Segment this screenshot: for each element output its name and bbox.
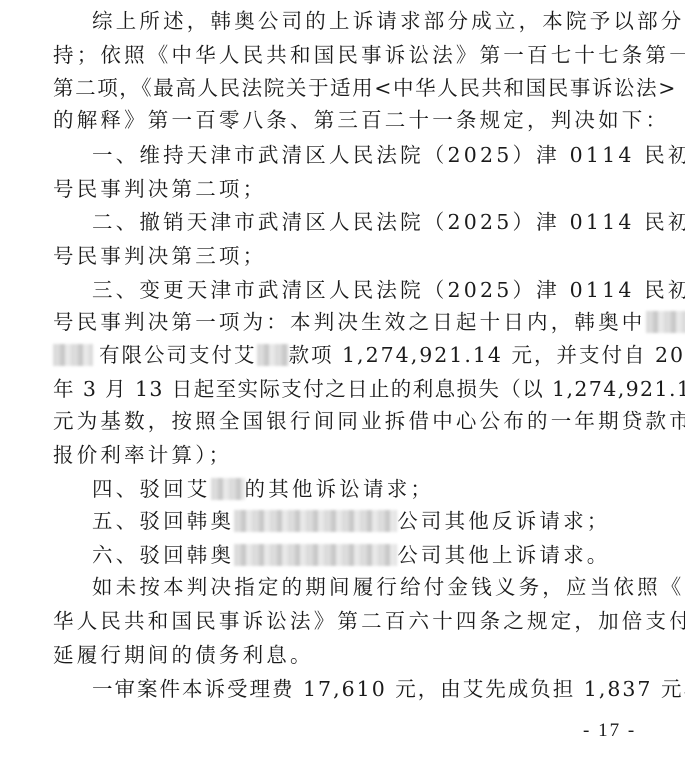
paragraph-late-payment-line-3: 延履行期间的债务利息。	[53, 641, 645, 669]
redacted-company-name	[646, 311, 685, 333]
ruling-item-1-line-1: 一、维持天津市武清区人民法院（2025）津 0114 民初 7	[92, 141, 645, 169]
ruling-item-5: 五、驳回韩奥公司其他反诉请求；	[92, 507, 645, 535]
ruling-item-6: 六、驳回韩奥公司其他上诉请求。	[92, 541, 645, 569]
redacted-company-name	[234, 510, 397, 532]
ruling-item-3-text-3a: 有限公司支付艾	[99, 343, 257, 367]
document-page: 综上所述，韩奥公司的上诉请求部分成立，本院予以部分支 持；依照《中华人民共和国民…	[0, 0, 685, 764]
ruling-item-3-text-2: 号民事判决第一项为：本判决生效之日起十日内，韩奥中	[53, 310, 646, 334]
redacted-company-name	[53, 344, 93, 366]
paragraph-conclusion-line-3: 第二项，《最高人民法院关于适用<中华人民共和国民事诉讼法>	[53, 74, 645, 102]
ruling-item-3-text-3b: 款项 1,274,921.14 元，并支付自 2025	[289, 343, 685, 367]
redacted-person-name	[211, 478, 245, 500]
ruling-item-3-line-5: 元为基数，按照全国银行间同业拆借中心公布的一年期贷款市场	[53, 407, 645, 435]
ruling-item-6-text-b: 公司其他上诉请求。	[397, 543, 610, 567]
paragraph-court-fees-line-1: 一审案件本诉受理费 17,610 元，由艾先成负担 1,837 元、	[92, 675, 645, 703]
ruling-item-3-line-4: 年 3 月 13 日起至实际支付之日止的利息损失（以 1,274,921.14	[53, 375, 645, 403]
ruling-item-1-text: 一、维持天津市武清区人民法院（2025）津 0114 民初 7	[92, 143, 685, 167]
ruling-item-4: 四、驳回艾的其他诉讼请求；	[92, 475, 645, 503]
ruling-item-3-line-2: 号民事判决第一项为：本判决生效之日起十日内，韩奥中	[53, 308, 645, 336]
ruling-item-6-text-a: 六、驳回韩奥	[92, 543, 234, 567]
ruling-item-2-line-1: 二、撤销天津市武清区人民法院（2025）津 0114 民初 7	[92, 208, 645, 236]
ruling-item-5-text-a: 五、驳回韩奥	[92, 509, 234, 533]
ruling-item-4-text-b: 的其他诉讼请求；	[245, 477, 435, 501]
ruling-item-2-line-2: 号民事判决第三项；	[53, 242, 645, 270]
redacted-company-name	[234, 544, 397, 566]
ruling-item-1-line-2: 号民事判决第二项；	[53, 175, 645, 203]
ruling-item-3-line-1: 三、变更天津市武清区人民法院（2025）津 0114 民初 7	[92, 276, 645, 304]
paragraph-late-payment-line-2: 华人民共和国民事诉讼法》第二百六十四条之规定，加倍支付迟	[53, 607, 645, 635]
page-number: - 17 -	[583, 719, 636, 743]
ruling-item-5-text-b: 公司其他反诉请求；	[397, 509, 610, 533]
redacted-person-name	[257, 344, 289, 366]
ruling-item-3-text: 三、变更天津市武清区人民法院（2025）津 0114 民初 7	[92, 278, 685, 302]
ruling-item-3-line-6: 报价利率计算）；	[53, 441, 645, 469]
ruling-item-2-text: 二、撤销天津市武清区人民法院（2025）津 0114 民初 7	[92, 210, 685, 234]
paragraph-conclusion-line-2: 持；依照《中华人民共和国民事诉讼法》第一百七十七条第一款	[53, 41, 645, 69]
paragraph-late-payment-line-1: 如未按本判决指定的期间履行给付金钱义务，应当依照《中	[92, 573, 645, 601]
paragraph-conclusion-line-4: 的解释》第一百零八条、第三百二十一条规定，判决如下：	[53, 106, 645, 134]
ruling-item-4-text-a: 四、驳回艾	[92, 477, 211, 501]
paragraph-conclusion-line-1: 综上所述，韩奥公司的上诉请求部分成立，本院予以部分支	[92, 7, 645, 35]
ruling-item-3-line-3: 有限公司支付艾款项 1,274,921.14 元，并支付自 2025	[53, 341, 645, 369]
